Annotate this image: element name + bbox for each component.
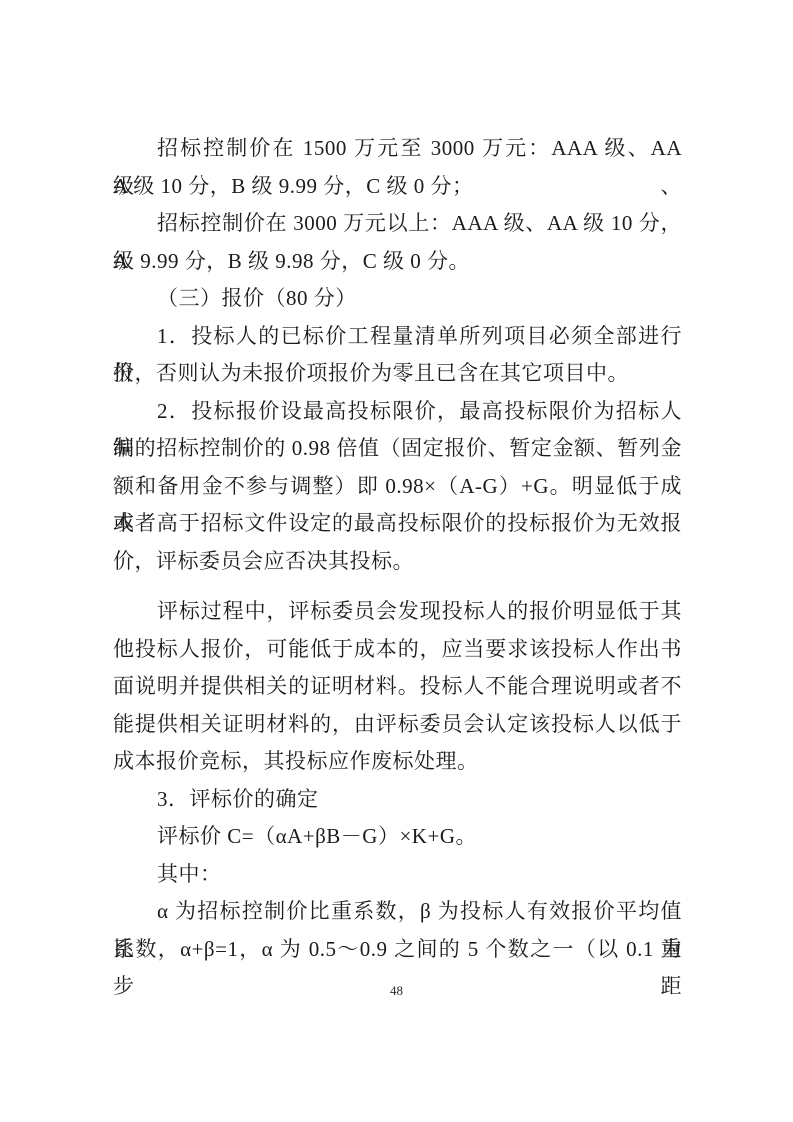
paragraph: 评标过程中，评标委员会发现投标人的报价明显低于其 他投标人报价，可能低于成本的，… bbox=[113, 593, 682, 781]
page-number: 48 bbox=[0, 983, 793, 999]
text-line: 能提供相关证明材料的，由评标委员会认定该投标人以低于 bbox=[113, 706, 682, 744]
paragraph: 招标控制价在 3000 万元以上：AAA 级、AA 级 10 分，A 级 9.9… bbox=[113, 205, 682, 280]
text-line: 面说明并提供相关的证明材料。投标人不能合理说明或者不 bbox=[113, 668, 682, 706]
paragraph: α 为招标控制价比重系数，β 为投标人有效报价平均值比重 系数，α+β=1，α … bbox=[113, 893, 682, 968]
section-heading: （三）报价（80 分） bbox=[113, 280, 682, 318]
paragraph: 1．投标人的已标价工程量清单所列项目必须全部进行报 价，否则认为未报价项报价为零… bbox=[113, 318, 682, 393]
document-body: 招标控制价在 1500 万元至 3000 万元：AAA 级、AA 级、 A 级 … bbox=[113, 130, 682, 968]
text-line: 招标控制价在 1500 万元至 3000 万元：AAA 级、AA 级、 bbox=[113, 130, 682, 168]
text-line: 评标过程中，评标委员会发现投标人的报价明显低于其 bbox=[113, 593, 682, 631]
text-line: 价，评标委员会应否决其投标。 bbox=[113, 543, 682, 581]
text-line: 价，否则认为未报价项报价为零且已含在其它项目中。 bbox=[113, 355, 682, 393]
paragraph: 其中： bbox=[113, 856, 682, 894]
text-line: 2．投标报价设最高投标限价，最高投标限价为招标人编 bbox=[113, 393, 682, 431]
text-line: 成本报价竞标，其投标应作废标处理。 bbox=[113, 743, 682, 781]
document-page: 招标控制价在 1500 万元至 3000 万元：AAA 级、AA 级、 A 级 … bbox=[0, 0, 793, 1122]
formula-line: 评标价 C=（αA+βB－G）×K+G。 bbox=[113, 818, 682, 856]
text-line: 或者高于招标文件设定的最高投标限价的投标报价为无效报 bbox=[113, 505, 682, 543]
text-line: 额和备用金不参与调整）即 0.98×（A-G）+G。明显低于成本 bbox=[113, 468, 682, 506]
text-line: 制的招标控制价的 0.98 倍值（固定报价、暂定金额、暂列金 bbox=[113, 430, 682, 468]
text-line: α 为招标控制价比重系数，β 为投标人有效报价平均值比重 bbox=[113, 893, 682, 931]
paragraph: 2．投标报价设最高投标限价，最高投标限价为招标人编 制的招标控制价的 0.98 … bbox=[113, 393, 682, 581]
text-line: 1．投标人的已标价工程量清单所列项目必须全部进行报 bbox=[113, 318, 682, 356]
text-line: 他投标人报价，可能低于成本的，应当要求该投标人作出书 bbox=[113, 631, 682, 669]
text-line: 评标价 C=（αA+βB－G）×K+G。 bbox=[113, 818, 682, 856]
text-line: 系数，α+β=1，α 为 0.5～0.9 之间的 5 个数之一（以 0.1 为步… bbox=[113, 931, 682, 969]
paragraph: 招标控制价在 1500 万元至 3000 万元：AAA 级、AA 级、 A 级 … bbox=[113, 130, 682, 205]
text-line: 3．评标价的确定 bbox=[113, 781, 682, 819]
text-line: 其中： bbox=[113, 856, 682, 894]
text-line: （三）报价（80 分） bbox=[113, 280, 682, 318]
paragraph: 3．评标价的确定 bbox=[113, 781, 682, 819]
text-line: 级 9.99 分，B 级 9.98 分，C 级 0 分。 bbox=[113, 243, 682, 281]
text-line: 招标控制价在 3000 万元以上：AAA 级、AA 级 10 分，A bbox=[113, 205, 682, 243]
